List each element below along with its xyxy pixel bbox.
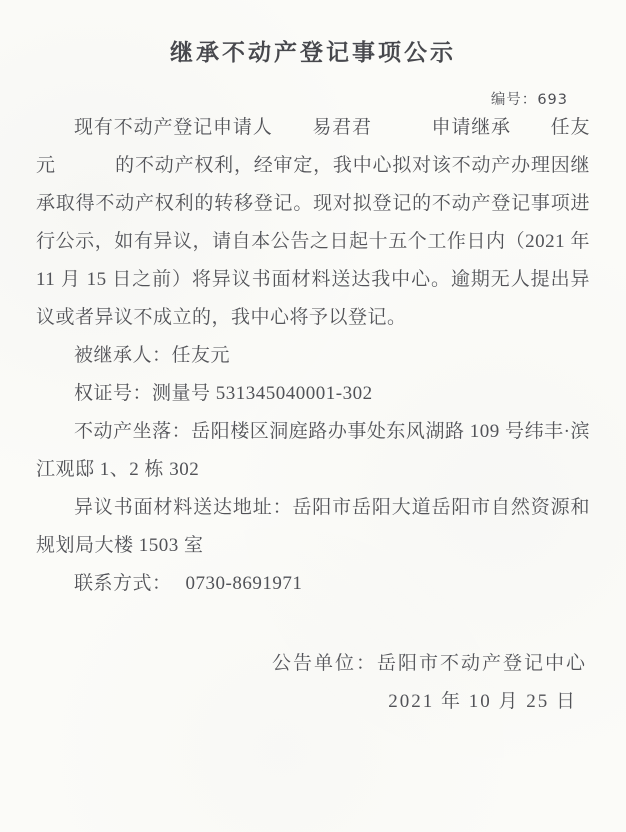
doc-number-value: 693 xyxy=(537,92,568,108)
contact-line: 联系方式：0730-8691971 xyxy=(36,565,590,603)
item-decedent: 被继承人：任友元 xyxy=(36,337,590,375)
notice-document: 继承不动产登记事项公示 编号：693 现有不动产登记申请人 易君君 申请继承 任… xyxy=(0,0,626,832)
objection-address-label: 异议书面材料送达地址： xyxy=(74,497,292,518)
notice-body: 现有不动产登记申请人 易君君 申请继承 任友元 的不动产权利，经审定，我中心拟对… xyxy=(0,109,626,721)
issuer-label: 公告单位： xyxy=(272,653,377,674)
body-paragraph: 现有不动产登记申请人 易君君 申请继承 任友元 的不动产权利，经审定，我中心拟对… xyxy=(36,109,590,337)
item-certificate-label: 权证号： xyxy=(74,383,152,404)
item-certificate-number: 权证号：测量号 531345040001-302 xyxy=(36,375,590,413)
item-decedent-label: 被继承人： xyxy=(74,345,172,366)
objection-address-paragraph: 异议书面材料送达地址：岳阳市岳阳大道岳阳市自然资源和规划局大楼 1503 室 xyxy=(36,489,590,565)
contact-label: 联系方式： xyxy=(74,573,172,594)
item-certificate-value: 测量号 531345040001-302 xyxy=(152,383,373,404)
page-title: 继承不动产登记事项公示 xyxy=(0,0,626,69)
item-location-label: 不动产坐落： xyxy=(74,421,191,442)
footer: 公告单位：岳阳市不动产登记中心 2021 年 10 月 25 日 xyxy=(36,645,590,721)
doc-number: 编号：693 xyxy=(0,91,626,109)
item-decedent-value: 任友元 xyxy=(172,345,231,366)
contact-phone-number: 0730-8691971 xyxy=(186,573,303,594)
date-line: 2021 年 10 月 25 日 xyxy=(36,683,590,721)
issuer-line: 公告单位：岳阳市不动产登记中心 xyxy=(36,645,590,683)
doc-number-label: 编号： xyxy=(491,92,538,108)
issuer-name: 岳阳市不动产登记中心 xyxy=(377,653,587,674)
item-property-location: 不动产坐落：岳阳楼区洞庭路办事处东风湖路 109 号纬丰·滨江观邸 1、2 栋 … xyxy=(36,413,590,489)
